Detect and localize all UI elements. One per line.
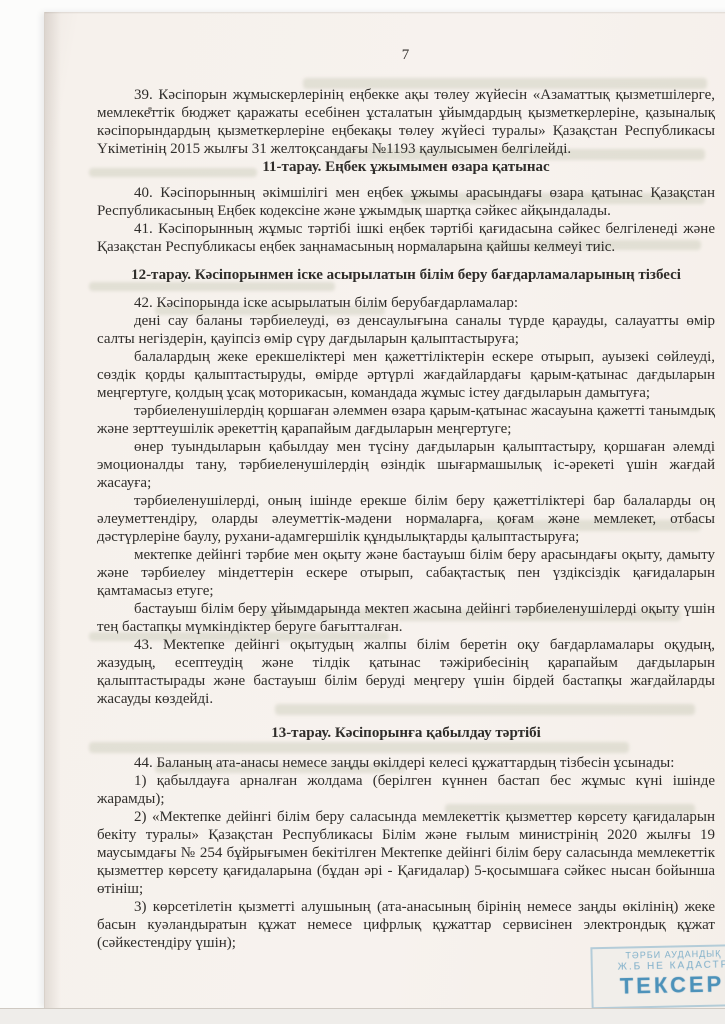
section-heading: 11-тарау. Еңбек ұжымымен өзара қатынас — [97, 158, 715, 176]
paragraph: 42. Кәсіпорында іске асырылатын білім бе… — [97, 294, 715, 312]
section-heading: 12-тарау. Кәсіпорынмен іске асырылатын б… — [97, 266, 715, 284]
document-page: 7 39. Кәсіпорын жұмыскерлерінің еңбекке … — [44, 12, 725, 1008]
paragraph: мектепке дейінгі тәрбие мен оқыту және б… — [97, 546, 715, 600]
inspection-stamp: ТӘРБИ АУДАНДЫҚ ТЕКСЕРУ Ж.Б НЕ КАДАСТР БӨ… — [590, 943, 725, 1009]
paragraph: 43. Мектепке дейінгі оқытудың жалпы білі… — [97, 636, 715, 708]
paragraph: бастауыш білім беру ұйымдарында мектеп ж… — [97, 600, 715, 636]
paragraph: тәрбиеленушілердің қоршаған әлеммен өзар… — [97, 402, 715, 438]
document-body: 7 39. Кәсіпорын жұмыскерлерінің еңбекке … — [45, 12, 725, 952]
paragraph: 39. Кәсіпорын жұмыскерлерінің еңбекке ақ… — [97, 86, 715, 158]
paragraph: 2) «Мектепке дейінгі білім беру саласынд… — [97, 808, 715, 898]
page-number: 7 — [97, 46, 715, 64]
paragraph: 40. Кәсіпорынның әкімшілігі мен еңбек ұж… — [97, 184, 715, 220]
scanner-background — [0, 1008, 725, 1024]
paragraph: 41. Кәсіпорынның жұмыс тәртібі ішкі еңбе… — [97, 220, 715, 256]
paragraph: тәрбиеленушілерді, оның ішінде ерекше бі… — [97, 492, 715, 546]
paragraph: 1) қабылдауға арналған жолдама (берілген… — [97, 772, 715, 808]
section-heading: 13-тарау. Кәсіпорынға қабылдау тәртібі — [97, 724, 715, 742]
paragraph: балалардың жеке ерекшеліктері мен қажетт… — [97, 348, 715, 402]
scanned-document: 7 39. Кәсіпорын жұмыскерлерінің еңбекке … — [0, 0, 725, 1024]
paragraph: дені сау баланы тәрбиелеуді, өз денсаулы… — [97, 312, 715, 348]
stamp-line-3: ТЕКСЕРІЛДІ — [599, 970, 725, 1000]
scan-speck-artifact — [148, 107, 152, 110]
paragraph: 3) көрсетілетін қызметті алушының (ата-а… — [97, 898, 715, 952]
paragraph: 44. Баланың ата-анасы немесе заңды өкілд… — [97, 754, 715, 772]
paragraph: өнер туындыларын қабылдау мен түсіну дағ… — [97, 438, 715, 492]
